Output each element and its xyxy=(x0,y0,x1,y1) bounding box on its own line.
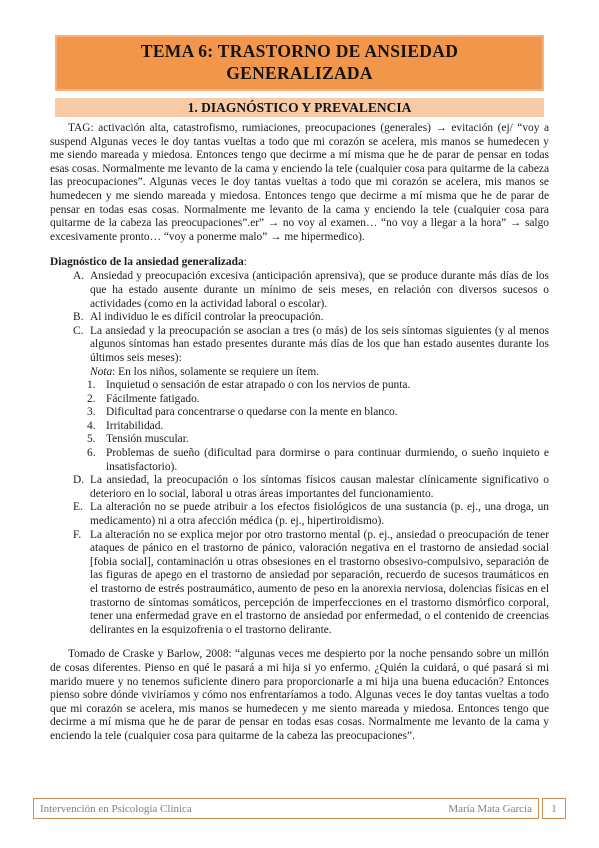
symptom-label-4: 4. xyxy=(87,420,106,434)
symptom-list: 1. Inquietud o sensación de estar atrapa… xyxy=(50,379,549,474)
criterion-row-b: B. Al individuo le es difícil controlar … xyxy=(73,311,549,325)
diagnosis-heading-text: Diagnóstico de la ansiedad generalizada xyxy=(50,256,244,268)
footer-page-number: 1 xyxy=(542,798,566,819)
criteria-list: A. Ansiedad y preocupación excesiva (ant… xyxy=(50,270,549,637)
criterion-label-e: E. xyxy=(73,501,90,528)
diagnosis-heading-colon: : xyxy=(244,256,247,268)
symptom-row-2: 2. Fácilmente fatigado. xyxy=(87,393,549,407)
nota-text: : En los niños, solamente se requiere un… xyxy=(112,366,319,378)
intro-paragraph: TAG: activación alta, catastrofismo, rum… xyxy=(50,122,549,244)
criterion-text-c: La ansiedad y la preocupación se asocian… xyxy=(90,325,549,366)
page-title-line1: TEMA 6: TRASTORNO DE ANSIEDAD xyxy=(67,40,532,62)
footer-author: María Mata García xyxy=(448,803,532,815)
footer-course-title: Intervención en Psicología Clínica xyxy=(40,803,192,815)
symptom-row-5: 5. Tensión muscular. xyxy=(87,433,549,447)
symptom-label-3: 3. xyxy=(87,406,106,420)
criterion-label-f: F. xyxy=(73,529,90,638)
symptom-text-1: Inquietud o sensación de estar atrapado … xyxy=(106,379,549,393)
criterion-row-a: A. Ansiedad y preocupación excesiva (ant… xyxy=(73,270,549,311)
criterion-text-f: La alteración no se explica mejor por ot… xyxy=(90,529,549,638)
symptom-text-2: Fácilmente fatigado. xyxy=(106,393,549,407)
closing-paragraph: Tomado de Craske y Barlow, 2008: “alguna… xyxy=(50,648,549,743)
symptom-label-1: 1. xyxy=(87,379,106,393)
criterion-text-e: La alteración no se puede atribuir a los… xyxy=(90,501,549,528)
document-page: TEMA 6: TRASTORNO DE ANSIEDAD GENERALIZA… xyxy=(0,0,599,848)
criterion-label-c: C. xyxy=(73,325,90,379)
symptom-label-5: 5. xyxy=(87,433,106,447)
criterion-label-d: D. xyxy=(73,474,90,501)
criterion-label-a: A. xyxy=(73,270,90,311)
symptom-row-3: 3. Dificultad para concentrarse o quedar… xyxy=(87,406,549,420)
criterion-text-d: La ansiedad, la preocupación o los sínto… xyxy=(90,474,549,501)
symptom-label-6: 6. xyxy=(87,447,106,474)
criterion-text-b: Al individuo le es difícil controlar la … xyxy=(90,311,549,325)
criterion-row-e: E. La alteración no se puede atribuir a … xyxy=(73,501,549,528)
symptom-row-6: 6. Problemas de sueño (dificultad para d… xyxy=(87,447,549,474)
page-title-line2: GENERALIZADA xyxy=(67,62,532,84)
section-heading: 1. DIAGNÓSTICO Y PREVALENCIA xyxy=(55,98,544,117)
criterion-row-c: C. La ansiedad y la preocupación se asoc… xyxy=(73,325,549,379)
symptom-text-6: Problemas de sueño (dificultad para dorm… xyxy=(106,447,549,474)
criterion-label-b: B. xyxy=(73,311,90,325)
symptom-row-4: 4. Irritabilidad. xyxy=(87,420,549,434)
nota-label: Nota xyxy=(90,366,112,378)
symptom-text-4: Irritabilidad. xyxy=(106,420,549,434)
criterion-body-c: La ansiedad y la preocupación se asocian… xyxy=(90,325,549,379)
criterion-row-d: D. La ansiedad, la preocupación o los sí… xyxy=(73,474,549,501)
nota-line: Nota: En los niños, solamente se requier… xyxy=(90,366,549,380)
page-title-banner: TEMA 6: TRASTORNO DE ANSIEDAD GENERALIZA… xyxy=(55,35,544,91)
page-footer: Intervención en Psicología Clínica María… xyxy=(33,798,566,819)
symptom-text-5: Tensión muscular. xyxy=(106,433,549,447)
symptom-label-2: 2. xyxy=(87,393,106,407)
diagnosis-heading: Diagnóstico de la ansiedad generalizada: xyxy=(50,255,549,269)
symptom-row-1: 1. Inquietud o sensación de estar atrapa… xyxy=(87,379,549,393)
criterion-row-f: F. La alteración no se explica mejor por… xyxy=(73,529,549,638)
symptom-text-3: Dificultad para concentrarse o quedarse … xyxy=(106,406,549,420)
footer-bar: Intervención en Psicología Clínica María… xyxy=(33,798,539,819)
criterion-text-a: Ansiedad y preocupación excesiva (antici… xyxy=(90,270,549,311)
